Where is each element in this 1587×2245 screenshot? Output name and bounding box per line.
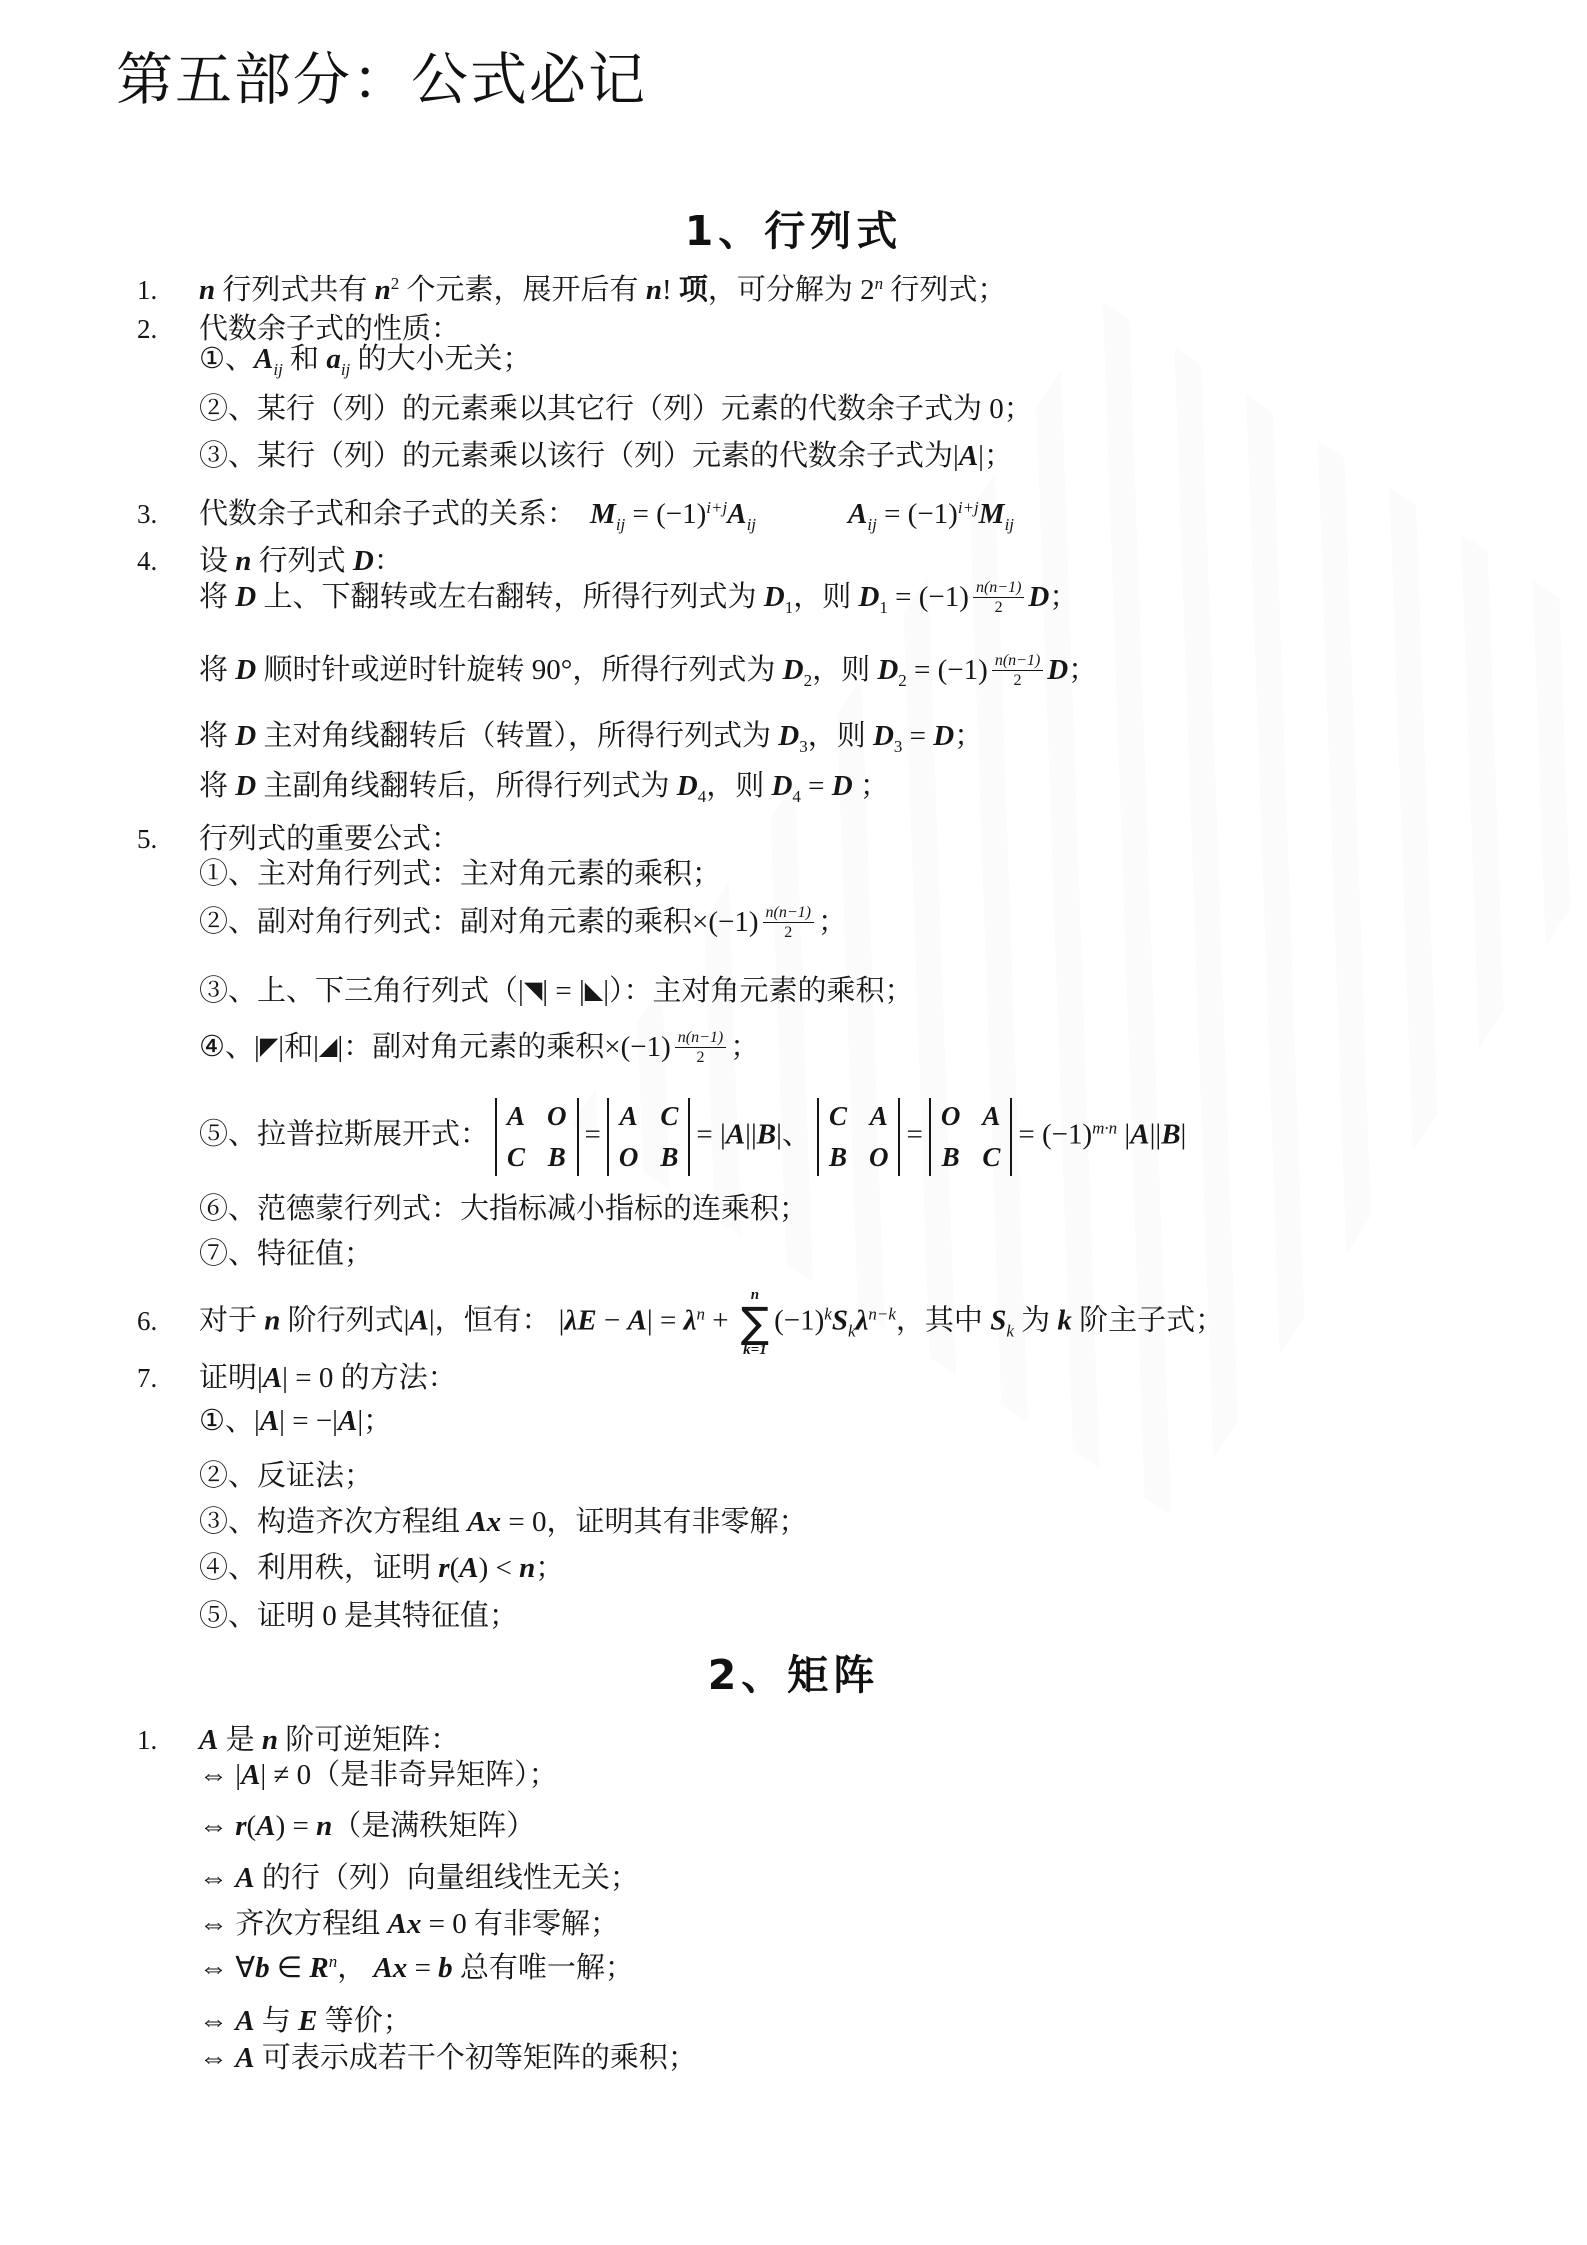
equiv-identity: ⇔ A 与 E 等价；: [199, 2003, 412, 2039]
equiv-nonsingular: ⇔ |A| ≠ 0（是非奇异矩阵）；: [199, 1757, 558, 1793]
sub-item-4-flip: 将 D 上、下翻转或左右翻转，所得行列式为 D1，则 D1 = (−1)n(n−…: [199, 578, 1078, 618]
list-item-4: 4.设 n 行列式 D：: [137, 543, 403, 579]
section-heading-matrix: 2、矩阵: [0, 1642, 1587, 1701]
sub-item-2-1: ①、Aij 和 aij 的大小无关；: [199, 341, 532, 380]
section-heading-determinant: 1、行列式: [0, 198, 1587, 257]
sub-item-7-3: ③、构造齐次方程组 Ax = 0，证明其有非零解；: [199, 1504, 807, 1540]
sub-item-4-transpose: 将 D 主对角线翻转后（转置），所得行列式为 D3，则 D3 = D；: [199, 718, 983, 757]
sub-item-7-1: ①、|A| = −|A|；: [199, 1403, 392, 1439]
equiv-unique-solution: ⇔ ∀b ∈ Rn， Ax = b 总有唯一解；: [199, 1950, 634, 1986]
list-item-5: 5.行列式的重要公式：: [137, 821, 460, 857]
sub-item-5-eigenvalue: ⑦、特征值；: [199, 1236, 373, 1272]
sub-item-7-4: ④、利用秩，证明 r(A) < n；: [199, 1550, 564, 1586]
sub-item-4-antidiag: 将 D 主副角线翻转后，所得行列式为 D4，则 D4 = D ；: [199, 768, 889, 807]
sub-item-5-laplace: ⑤、拉普拉斯展开式：AOCB=ACOB= |A||B|、CABO=OABC= (…: [199, 1098, 1186, 1176]
page-title: 第五部分：公式必记: [116, 34, 647, 116]
equiv-independent: ⇔ A 的行（列）向量组线性无关；: [199, 1860, 639, 1896]
sub-item-2-3: ③、某行（列）的元素乘以该行（列）元素的代数余子式为|A|；: [199, 438, 1013, 474]
sub-item-5-4: ④、|◤|和|◢|：副对角元素的乘积×(−1)n(n−1)2；: [199, 1028, 759, 1067]
sub-item-4-rotate: 将 D 顺时针或逆时针旋转 90°，所得行列式为 D2，则 D2 = (−1)n…: [199, 651, 1097, 691]
sub-item-5-vandermonde: ⑥、范德蒙行列式：大指标减小指标的连乘积；: [199, 1191, 808, 1227]
sub-item-5-2: ②、副对角行列式：副对角元素的乘积×(−1)n(n−1)2；: [199, 903, 847, 942]
sub-item-5-3: ③、上、下三角行列式（|◥| = |◣|）：主对角元素的乘积；: [199, 973, 914, 1009]
list-item-7: 7.证明|A| = 0 的方法：: [137, 1360, 457, 1396]
matrix-item-1: 1.A 是 n 阶可逆矩阵：: [137, 1722, 459, 1758]
equiv-elementary-product: ⇔ A 可表示成若干个初等矩阵的乘积；: [199, 2040, 697, 2076]
list-item-1: 1.n 行列式共有 n2 个元素，展开后有 n! 项，可分解为 2n 行列式；: [137, 272, 1006, 308]
document-page: 第五部分：公式必记 1、行列式 1.n 行列式共有 n2 个元素，展开后有 n!…: [0, 0, 1587, 2245]
sub-item-5-1: ①、主对角行列式：主对角元素的乘积；: [199, 856, 721, 892]
sub-item-7-5: ⑤、证明 0 是其特征值；: [199, 1598, 518, 1634]
sub-item-7-2: ②、反证法；: [199, 1458, 373, 1494]
equiv-homogeneous: ⇔ 齐次方程组 Ax = 0 有非零解；: [199, 1906, 619, 1942]
sub-item-2-2: ②、某行（列）的元素乘以其它行（列）元素的代数余子式为 0；: [199, 391, 1033, 427]
equiv-full-rank: ⇔ r(A) = n（是满秩矩阵）: [199, 1808, 535, 1844]
list-item-3: 3.代数余子式和余子式的关系：Mij = (−1)i+jAijAij = (−1…: [137, 496, 1014, 535]
list-item-6: 6.对于 n 阶行列式|A|，恒有：|λE − A| = λn + n∑k=1(…: [137, 1288, 1224, 1358]
